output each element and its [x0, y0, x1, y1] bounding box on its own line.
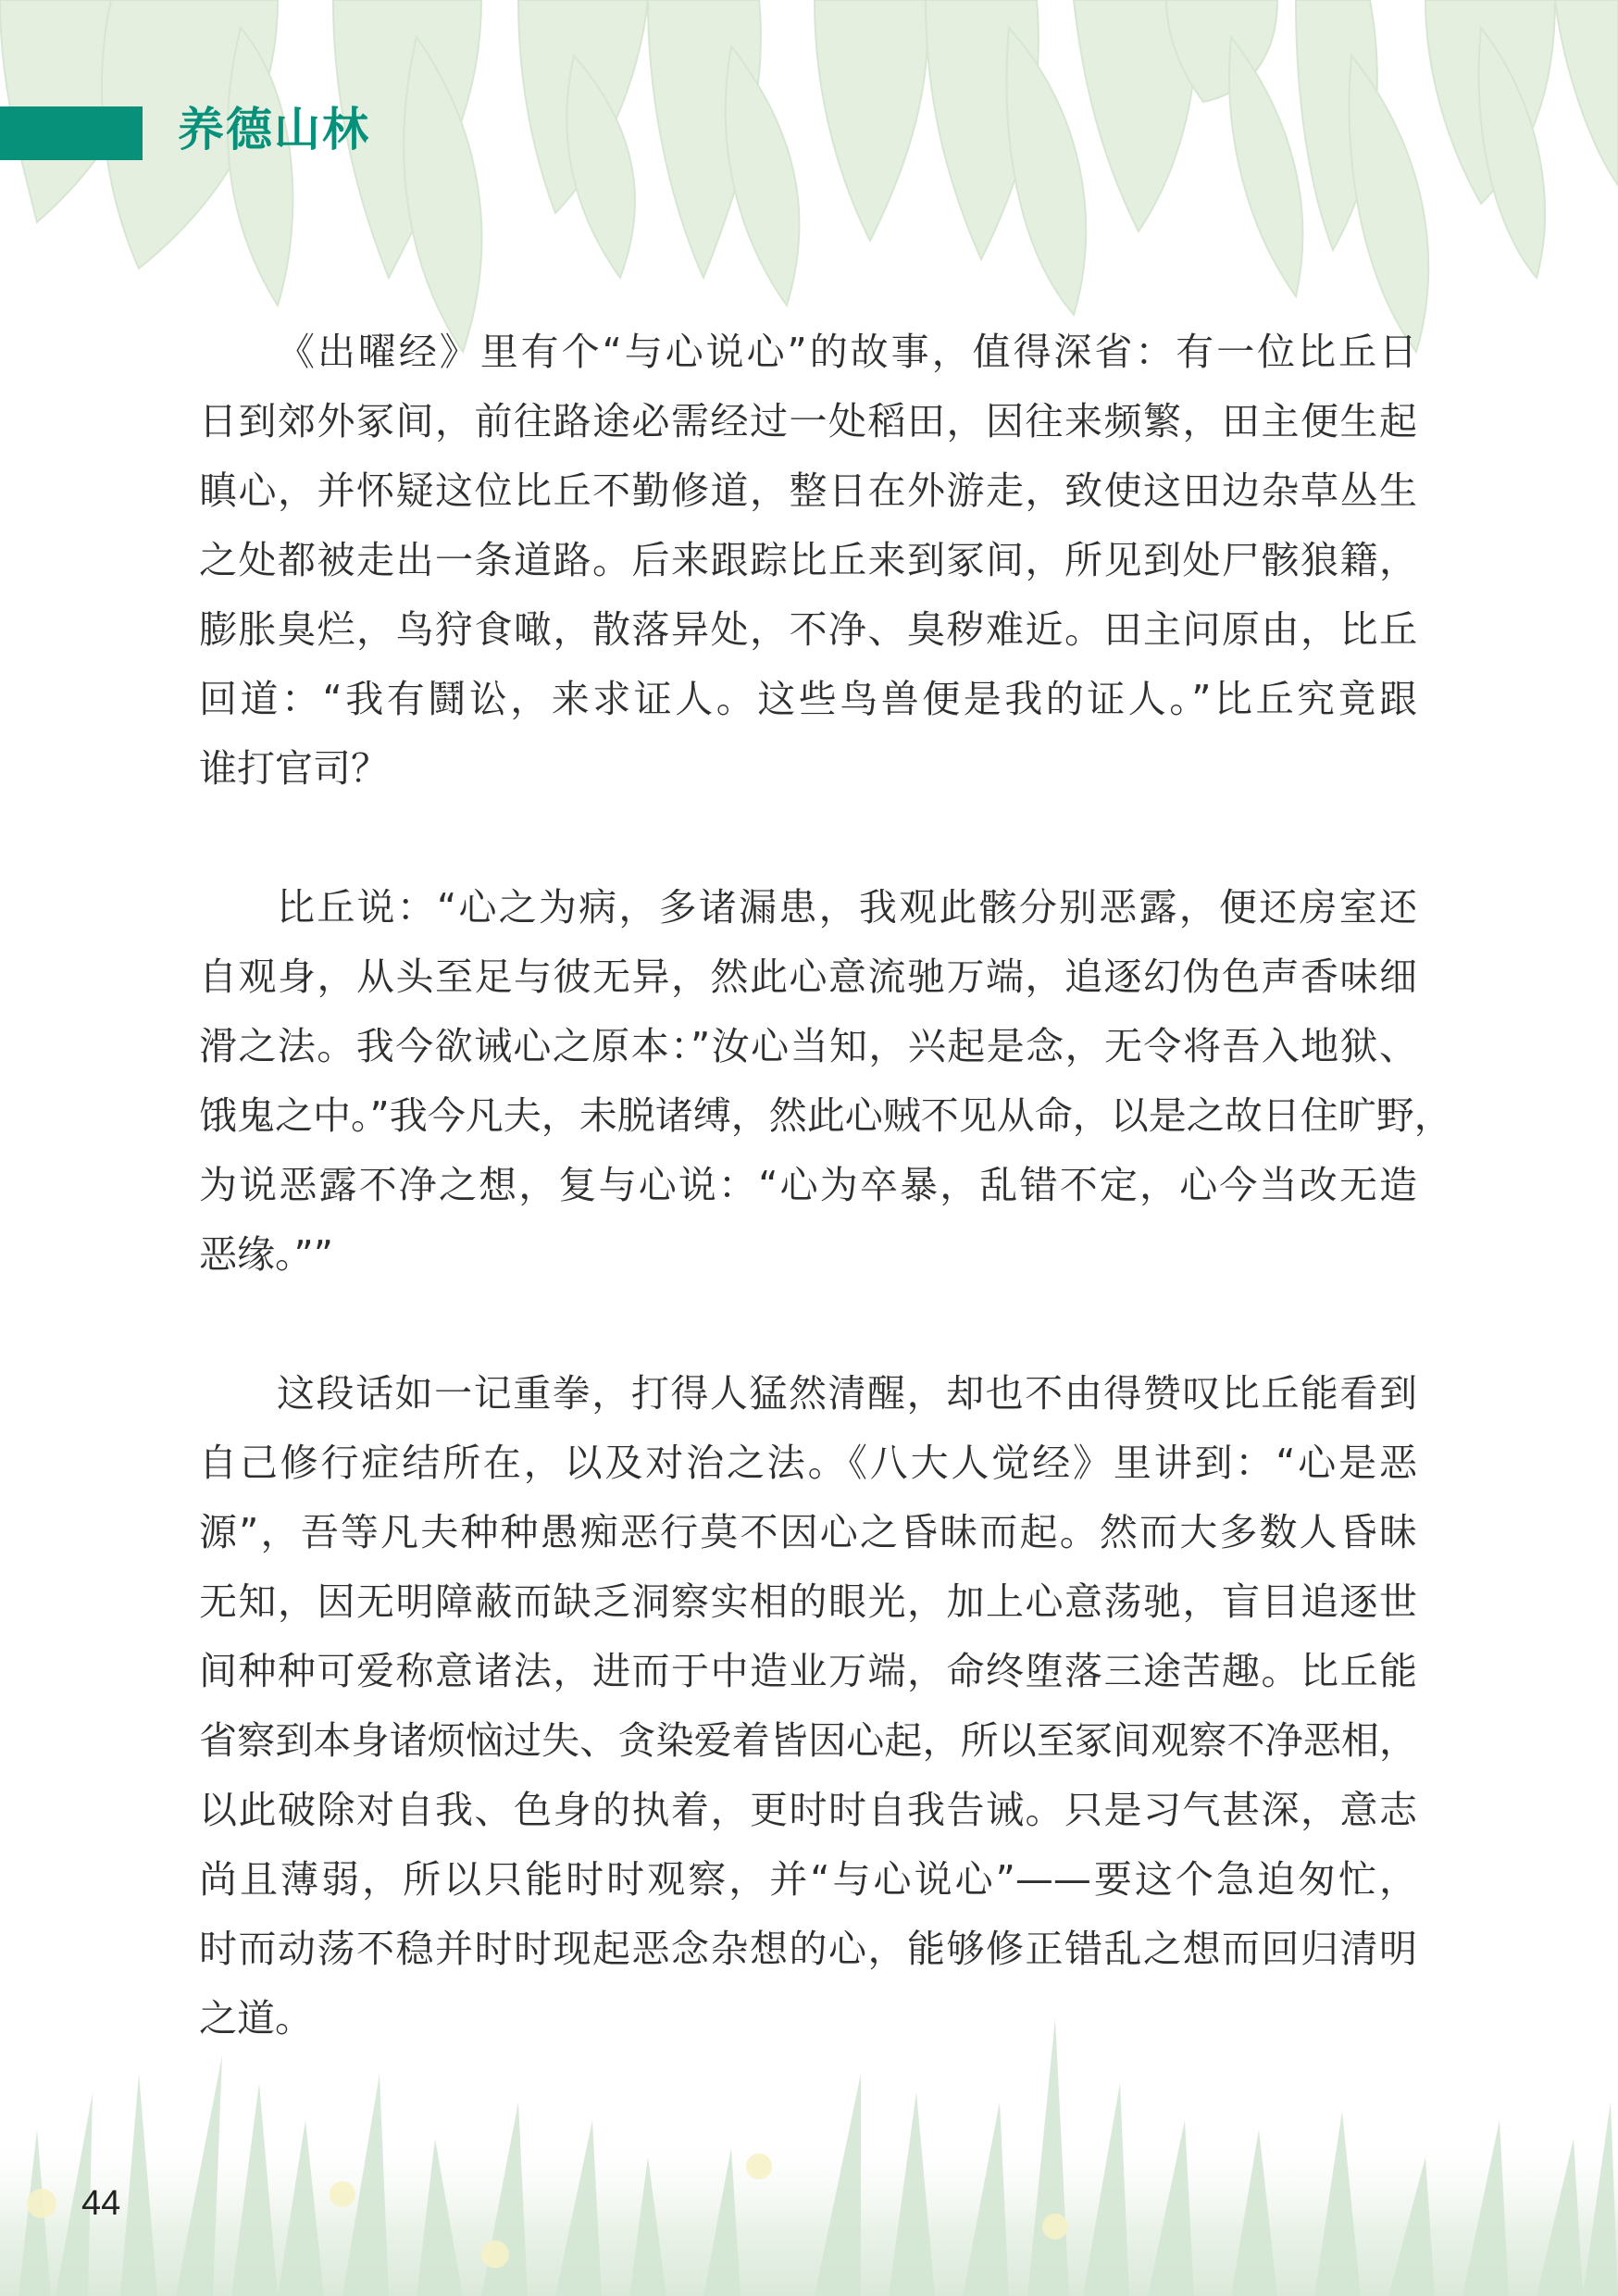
text-line: 间种种可爱称意诸法，进而于中造业万端，命终堕落三途苦趣。比丘能 — [199, 1637, 1417, 1706]
page-number: 44 — [81, 2185, 120, 2222]
text-line: 饿鬼之中。”我今凡夫，未脱诸缚，然此心贼不见从命，以是之故日住旷野， — [199, 1081, 1417, 1151]
text-line: 《出曜经》里有个“与心说心”的故事，值得深省：有一位比丘日 — [199, 318, 1417, 387]
text-line: 这段话如一记重拳，打得人猛然清醒，却也不由得赞叹比丘能看到 — [199, 1359, 1417, 1429]
text-line: 省察到本身诸烦恼过失、贪染爱着皆因心起，所以至冢间观察不净恶相， — [199, 1706, 1417, 1776]
text-line: 回道：“我有鬪讼，来求证人。这些鸟兽便是我的证人。”比丘究竟跟 — [199, 665, 1417, 734]
text-line: 恶缘。”” — [199, 1220, 1417, 1290]
article-body: 《出曜经》里有个“与心说心”的故事，值得深省：有一位比丘日 日到郊外冢间，前往路… — [199, 318, 1417, 2123]
text-line: 谁打官司？ — [199, 734, 1417, 804]
text-line: 比丘说：“心之为病，多诸漏患，我观此骸分别恶露，便还房室还 — [199, 873, 1417, 942]
text-line: 膨胀臭烂，鸟狩食噉，散落异处，不净、臭秽难近。田主问原由，比丘 — [199, 595, 1417, 665]
text-line: 瞋心，并怀疑这位比丘不勤修道，整日在外游走，致使这田边杂草丛生 — [199, 456, 1417, 526]
text-line: 时而动荡不稳并时时现起恶念杂想的心，能够修正错乱之想而回归清明 — [199, 1915, 1417, 1984]
text-line: 之道。 — [199, 1984, 1417, 2053]
paragraph-1: 《出曜经》里有个“与心说心”的故事，值得深省：有一位比丘日 日到郊外冢间，前往路… — [199, 318, 1417, 804]
paragraph-3: 这段话如一记重拳，打得人猛然清醒，却也不由得赞叹比丘能看到 自己修行症结所在，以… — [199, 1359, 1417, 2053]
text-line: 以此破除对自我、色身的执着，更时时自我告诫。只是习气甚深，意志 — [199, 1776, 1417, 1845]
text-line: 尚且薄弱，所以只能时时观察，并“与心说心”——要这个急迫匆忙， — [199, 1845, 1417, 1915]
section-title: 养德山林 — [178, 104, 370, 156]
header-accent-bar — [0, 106, 143, 160]
text-line: 自观身，从头至足与彼无异，然此心意流驰万端，追逐幻伪色声香味细 — [199, 942, 1417, 1012]
text-line: 源”，吾等凡夫种种愚痴恶行莫不因心之昏昧而起。然而大多数人昏昧 — [199, 1498, 1417, 1567]
text-line: 日到郊外冢间，前往路途必需经过一处稻田，因往来频繁，田主便生起 — [199, 387, 1417, 456]
text-line: 自己修行症结所在，以及对治之法。《八大人觉经》里讲到：“心是恶 — [199, 1429, 1417, 1498]
text-line: 为说恶露不净之想，复与心说：“心为卒暴，乱错不定，心今当改无造 — [199, 1151, 1417, 1220]
text-line: 滑之法。我今欲诫心之原本：”汝心当知，兴起是念，无令将吾入地狱、 — [199, 1012, 1417, 1081]
paragraph-2: 比丘说：“心之为病，多诸漏患，我观此骸分别恶露，便还房室还 自观身，从头至足与彼… — [199, 873, 1417, 1290]
text-line: 无知，因无明障蔽而缺乏洞察实相的眼光，加上心意荡驰，盲目追逐世 — [199, 1567, 1417, 1637]
text-line: 之处都被走出一条道路。后来跟踪比丘来到冢间，所见到处尸骸狼籍， — [199, 526, 1417, 595]
